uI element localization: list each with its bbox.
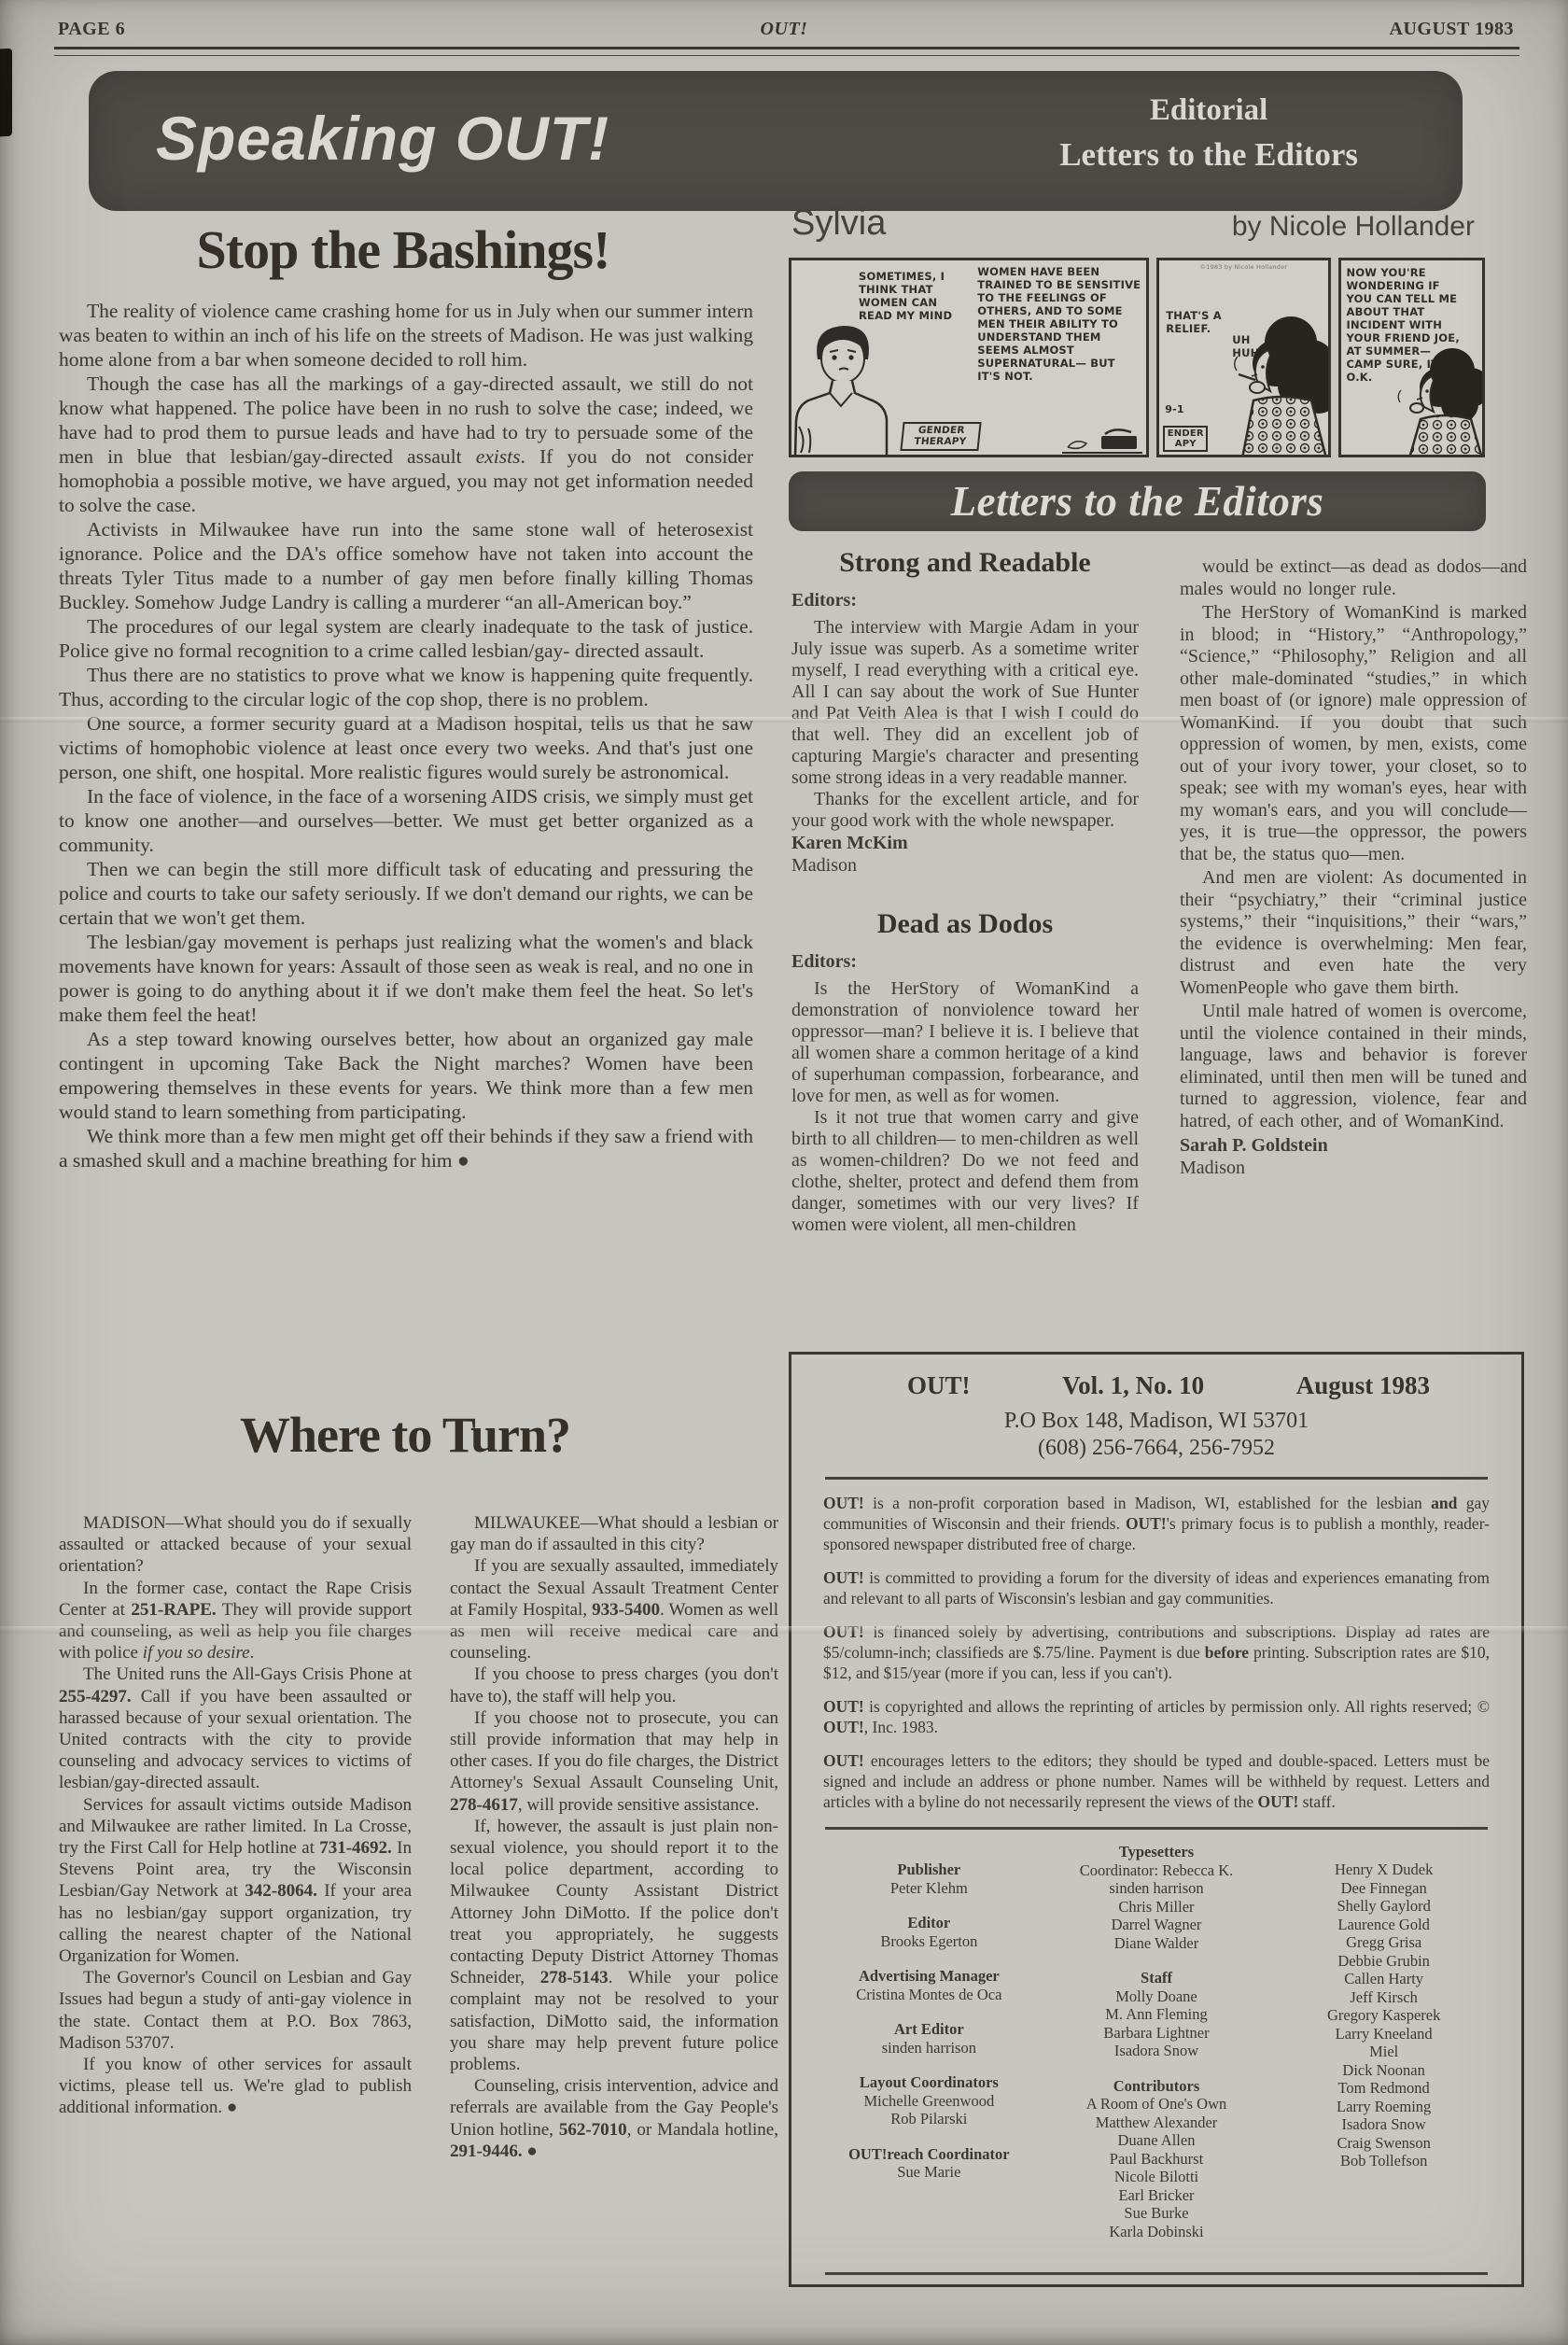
staff-name: Michelle Greenwood bbox=[823, 2092, 1035, 2111]
staff-name: Cristina Montes de Oca bbox=[823, 1986, 1035, 2004]
masthead-phones: (608) 256-7664, 256-7952 bbox=[823, 1435, 1490, 1462]
staff-name: A Room of One's Own bbox=[1035, 2095, 1279, 2113]
letters-banner-title: Letters to the Editors bbox=[951, 477, 1324, 526]
speaking-out-banner: Speaking OUT! Editorial Letters to the E… bbox=[89, 71, 1463, 211]
staff-name: Henry X Dudek bbox=[1278, 1861, 1490, 1879]
staff-name: Bob Tollefson bbox=[1278, 2152, 1490, 2170]
staff-name: sinden harrison bbox=[1035, 1879, 1279, 1898]
staff-name: M. Ann Fleming bbox=[1035, 2005, 1279, 2024]
masthead-title-row: OUT! Vol. 1, No. 10 August 1983 bbox=[823, 1368, 1490, 1400]
milwaukee-paragraph: Counseling, crisis intervention, advice … bbox=[450, 2075, 778, 2162]
editorial-paragraph: The lesbian/gay movement is perhaps just… bbox=[59, 930, 753, 1027]
letter-signature-city: Madison bbox=[1180, 1157, 1527, 1179]
page-number: PAGE 6 bbox=[58, 19, 125, 40]
staff-names: Peter Klehm bbox=[823, 1879, 1035, 1898]
letter-title: Strong and Readable bbox=[791, 547, 1139, 579]
staff-name: Coordinator: Rebecca K. bbox=[1035, 1861, 1279, 1880]
staff-name: Diane Walder bbox=[1035, 1934, 1279, 1953]
editorial-paragraph: The reality of violence came crashing ho… bbox=[59, 299, 753, 372]
staff-name: Brooks Egerton bbox=[823, 1932, 1035, 1951]
staff-name: Shelly Gaylord bbox=[1278, 1897, 1490, 1916]
comic-speech: WOMEN HAVE BEEN TRAINED TO BE SENSITIVE … bbox=[977, 265, 1141, 383]
letter-paragraph: Is it not true that women carry and give… bbox=[791, 1107, 1139, 1236]
staff-names: A Room of One's OwnMatthew AlexanderDuan… bbox=[1035, 2095, 1279, 2240]
letter-continuation: would be extinct—as dead as dodos—and ma… bbox=[1180, 556, 1527, 1132]
letter-paragraph: The interview with Margie Adam in your J… bbox=[791, 617, 1139, 789]
staff-role: Editor bbox=[823, 1914, 1035, 1932]
staff-group: Art Editor sinden harrison bbox=[823, 2020, 1035, 2057]
letter-paragraph: And men are violent: As documented in th… bbox=[1180, 867, 1527, 999]
comic-man-figure bbox=[790, 316, 902, 456]
editorial-paragraph: The procedures of our legal system are c… bbox=[59, 614, 753, 663]
banner-section-labels: Editorial Letters to the Editors bbox=[1059, 90, 1358, 177]
staff-name: Craig Swenson bbox=[1278, 2134, 1490, 2153]
staff-name: Larry Roeming bbox=[1278, 2098, 1490, 2116]
banner-title: Speaking OUT! bbox=[156, 103, 609, 174]
staff-name: Callen Harty bbox=[1278, 1970, 1490, 1988]
editorial-paragraph: We think more than a few men might get o… bbox=[59, 1124, 753, 1172]
comic-title: Sylvia bbox=[791, 204, 886, 244]
comic-strip: SOMETIMES, I THINK THAT WOMEN CAN READ M… bbox=[789, 258, 1485, 457]
staff-name: Larry Kneeland bbox=[1278, 2025, 1490, 2043]
staff-name: Rob Pilarski bbox=[823, 2110, 1035, 2128]
staff-name: Sue Marie bbox=[823, 2163, 1035, 2182]
letter-salutation: Editors: bbox=[791, 951, 1139, 973]
letter-strong-and-readable: Strong and Readable Editors: The intervi… bbox=[791, 547, 1139, 877]
masthead-statement: OUT! is committed to providing a forum f… bbox=[823, 1567, 1490, 1608]
staff-name: Tom Redmond bbox=[1278, 2079, 1490, 2098]
milwaukee-paragraph: If you choose to press charges (you don'… bbox=[450, 1664, 778, 1706]
masthead-statement: OUT! is financed solely by advertising, … bbox=[823, 1622, 1490, 1683]
letter-paragraph: Until male hatred of women is overcome, … bbox=[1180, 1001, 1527, 1132]
comic-panel-2: ©1983 by Nicole Hollander THAT'S A RELIE… bbox=[1156, 258, 1330, 457]
staff-group: OUT!reach Coordinator Sue Marie bbox=[823, 2145, 1035, 2182]
staff-name: Debbie Grubin bbox=[1278, 1952, 1490, 1971]
scan-edge-artifact bbox=[0, 49, 12, 137]
staff-group: Contributors A Room of One's OwnMatthew … bbox=[1035, 2077, 1279, 2241]
staff-name: Sue Burke bbox=[1035, 2204, 1279, 2223]
staff-role: Staff bbox=[1035, 1969, 1279, 1987]
letter-title: Dead as Dodos bbox=[791, 908, 1139, 940]
comic-panel-1: SOMETIMES, I THINK THAT WOMEN CAN READ M… bbox=[789, 258, 1149, 457]
masthead-staff-col3: Henry X DudekDee FinneganShelly GaylordL… bbox=[1278, 1843, 1490, 2257]
masthead-statements: OUT! is a non-profit corporation based i… bbox=[823, 1493, 1490, 1812]
editorial-body: The reality of violence came crashing ho… bbox=[59, 299, 753, 1172]
staff-name: Peter Klehm bbox=[823, 1879, 1035, 1898]
staff-name: Earl Bricker bbox=[1035, 2186, 1279, 2205]
where-to-turn-milwaukee-column: MILWAUKEE—What should a lesbian or gay m… bbox=[450, 1512, 778, 2162]
comic-sign-line: ENDER bbox=[1166, 428, 1205, 439]
masthead-rule bbox=[825, 1477, 1488, 1480]
comic-sign-line: APY bbox=[1166, 439, 1205, 449]
staff-group: Layout Coordinators Michelle GreenwoodRo… bbox=[823, 2073, 1035, 2128]
comic-sign-line: THERAPY bbox=[903, 436, 977, 447]
staff-name: Miel bbox=[1278, 2043, 1490, 2061]
letter-signature: Sarah P. Goldstein bbox=[1180, 1134, 1527, 1157]
staff-name: Laurence Gold bbox=[1278, 1916, 1490, 1934]
letter-paragraph: The HerStory of WomanKind is marked in b… bbox=[1180, 602, 1527, 865]
editorial-paragraph: Activists in Milwaukee have run into the… bbox=[59, 517, 753, 614]
madison-paragraph: The United runs the All-Gays Crisis Phon… bbox=[59, 1664, 412, 1793]
comic-woman-figure bbox=[1389, 346, 1485, 457]
editorial-paragraph: Thus there are no statistics to prove wh… bbox=[59, 663, 753, 711]
staff-role: Layout Coordinators bbox=[823, 2073, 1035, 2092]
masthead-name: OUT! bbox=[907, 1371, 971, 1400]
masthead-address: P.O Box 148, Madison, WI 53701 bbox=[823, 1408, 1490, 1435]
masthead-staff-col1: Publisher Peter Klehm Editor Brooks Eger… bbox=[823, 1843, 1035, 2257]
masthead-volume: Vol. 1, No. 10 bbox=[1062, 1371, 1204, 1400]
milwaukee-paragraph: MILWAUKEE—What should a lesbian or gay m… bbox=[450, 1512, 778, 1555]
masthead-staff-col2: Typesetters Coordinator: Rebecca K.sinde… bbox=[1035, 1843, 1279, 2257]
madison-paragraph: MADISON—What should you do if sexually a… bbox=[59, 1512, 412, 1578]
letter-paragraph: would be extinct—as dead as dodos—and ma… bbox=[1180, 556, 1527, 600]
staff-name: Isadora Snow bbox=[1035, 2042, 1279, 2060]
staff-name: Gregory Kasperek bbox=[1278, 2006, 1490, 2025]
staff-role: Advertising Manager bbox=[823, 1967, 1035, 1986]
masthead-address-block: P.O Box 148, Madison, WI 53701 (608) 256… bbox=[823, 1408, 1490, 1462]
issue-date: AUGUST 1983 bbox=[1390, 19, 1515, 40]
milwaukee-paragraph: If you choose not to prosecute, you can … bbox=[450, 1707, 778, 1816]
staff-role: Contributors bbox=[1035, 2077, 1279, 2096]
staff-name: Matthew Alexander bbox=[1035, 2113, 1279, 2132]
staff-names: Molly DoaneM. Ann FlemingBarbara Lightne… bbox=[1035, 1987, 1279, 2060]
staff-names: Sue Marie bbox=[823, 2163, 1035, 2182]
staff-group: Advertising Manager Cristina Montes de O… bbox=[823, 1967, 1035, 2003]
staff-group: Publisher Peter Klehm bbox=[823, 1861, 1035, 1897]
staff-name: Duane Allen bbox=[1035, 2131, 1279, 2150]
masthead-statement: OUT! is copyrighted and allows the repri… bbox=[823, 1696, 1490, 1737]
letter-salutation: Editors: bbox=[791, 590, 1139, 611]
staff-group: Editor Brooks Egerton bbox=[823, 1914, 1035, 1950]
masthead-rule bbox=[825, 2272, 1488, 2275]
editorial-headline: Stop the Bashings! bbox=[54, 218, 752, 281]
header-rule bbox=[54, 47, 1519, 56]
staff-name: Isadora Snow bbox=[1278, 2115, 1490, 2134]
editorial-paragraph: As a step toward knowing ourselves bette… bbox=[59, 1027, 753, 1124]
masthead-rule bbox=[825, 1827, 1488, 1830]
comic-woman-figure bbox=[1214, 309, 1331, 457]
madison-paragraph: Services for assault victims outside Mad… bbox=[59, 1794, 412, 1968]
madison-paragraph: In the former case, contact the Rape Cri… bbox=[59, 1578, 412, 1664]
letters-column-2: would be extinct—as dead as dodos—and ma… bbox=[1180, 556, 1527, 1179]
staff-names: Cristina Montes de Oca bbox=[823, 1986, 1035, 2004]
staff-name: Chris Miller bbox=[1035, 1898, 1279, 1917]
comic-sign-gender-therapy: GENDER THERAPY bbox=[900, 422, 981, 451]
staff-names: sinden harrison bbox=[823, 2039, 1035, 2057]
banner-editorial-label: Editorial bbox=[1059, 90, 1358, 133]
staff-names: Coordinator: Rebecca K.sinden harrisonCh… bbox=[1035, 1861, 1279, 1953]
letters-to-editors-banner: Letters to the Editors bbox=[789, 471, 1486, 531]
comic-panel-3: NOW YOU'RE WONDERING IF YOU CAN TELL ME … bbox=[1338, 258, 1486, 457]
comic-typewriter bbox=[1060, 423, 1144, 455]
staff-name: Jeff Kirsch bbox=[1278, 1988, 1490, 2007]
letter-paragraph: Thanks for the excellent article, and fo… bbox=[791, 789, 1139, 832]
letter-body: The interview with Margie Adam in your J… bbox=[791, 617, 1139, 832]
newspaper-page: PAGE 6 OUT! AUGUST 1983 Speaking OUT! Ed… bbox=[0, 0, 1568, 2345]
milwaukee-paragraph: If you are sexually assaulted, immediate… bbox=[450, 1555, 778, 1664]
letter-paragraph: Is the HerStory of WomanKind a demonstra… bbox=[791, 978, 1139, 1107]
masthead-date: August 1983 bbox=[1296, 1371, 1430, 1400]
staff-name: Paul Backhurst bbox=[1035, 2150, 1279, 2169]
staff-name: Dick Noonan bbox=[1278, 2061, 1490, 2080]
editorial-paragraph: Though the case has all the markings of … bbox=[59, 372, 753, 517]
staff-role: Publisher bbox=[823, 1861, 1035, 1879]
staff-name: Nicole Bilotti bbox=[1035, 2168, 1279, 2186]
staff-name: Barbara Lightner bbox=[1035, 2024, 1279, 2043]
staff-name: sinden harrison bbox=[823, 2039, 1035, 2057]
where-to-turn-headline: Where to Turn? bbox=[54, 1406, 756, 1464]
comic-speech: SOMETIMES, I THINK THAT WOMEN CAN READ M… bbox=[859, 270, 959, 322]
masthead-statement: OUT! encourages letters to the editors; … bbox=[823, 1750, 1490, 1812]
masthead-staff: Publisher Peter Klehm Editor Brooks Eger… bbox=[823, 1843, 1490, 2257]
comic-sign-partial: ENDER APY bbox=[1163, 426, 1208, 452]
editorial-paragraph: Then we can begin the still more difficu… bbox=[59, 857, 753, 930]
letter-signature: Karen McKim bbox=[791, 832, 1139, 854]
staff-name: Gregg Grisa bbox=[1278, 1933, 1490, 1952]
staff-group: Typesetters Coordinator: Rebecca K.sinde… bbox=[1035, 1843, 1279, 1952]
letter-signature-city: Madison bbox=[791, 854, 1139, 877]
staff-names: Michelle GreenwoodRob Pilarski bbox=[823, 2092, 1035, 2128]
masthead-box: OUT! Vol. 1, No. 10 August 1983 P.O Box … bbox=[789, 1352, 1524, 2287]
staff-role: Art Editor bbox=[823, 2020, 1035, 2039]
staff-name: Darrel Wagner bbox=[1035, 1916, 1279, 1934]
masthead-statement: OUT! is a non-profit corporation based i… bbox=[823, 1493, 1490, 1554]
comic-copyright: ©1983 by Nicole Hollander bbox=[1159, 264, 1327, 272]
staff-name: Molly Doane bbox=[1035, 1987, 1279, 2006]
where-to-turn-madison-column: MADISON—What should you do if sexually a… bbox=[59, 1512, 412, 2119]
staff-names: Brooks Egerton bbox=[823, 1932, 1035, 1951]
editorial-paragraph: In the face of violence, in the face of … bbox=[59, 784, 753, 857]
comic-sign-line: GENDER bbox=[904, 426, 978, 437]
letters-column-1: Strong and Readable Editors: The intervi… bbox=[791, 547, 1139, 1236]
comic-byline: by Nicole Hollander bbox=[1232, 211, 1475, 243]
letter-dead-as-dodos: Dead as Dodos Editors: Is the HerStory o… bbox=[791, 908, 1139, 1236]
madison-paragraph: The Governor's Council on Lesbian and Ga… bbox=[59, 1967, 412, 2054]
editorial-paragraph: One source, a former security guard at a… bbox=[59, 711, 753, 784]
staff-name: Dee Finnegan bbox=[1278, 1879, 1490, 1898]
staff-role: OUT!reach Coordinator bbox=[823, 2145, 1035, 2164]
staff-name: Karla Dobinski bbox=[1035, 2223, 1279, 2241]
letter-body: Is the HerStory of WomanKind a demonstra… bbox=[791, 978, 1139, 1236]
staff-role: Typesetters bbox=[1035, 1843, 1279, 1861]
milwaukee-paragraph: If, however, the assault is just plain n… bbox=[450, 1816, 778, 2075]
banner-letters-label: Letters to the Editors bbox=[1059, 133, 1358, 177]
publication-name: OUT! bbox=[761, 19, 808, 40]
staff-group: Staff Molly DoaneM. Ann FlemingBarbara L… bbox=[1035, 1969, 1279, 2060]
comic-sign-date: 9-1 bbox=[1165, 403, 1183, 415]
madison-paragraph: If you know of other services for assaul… bbox=[59, 2054, 412, 2119]
